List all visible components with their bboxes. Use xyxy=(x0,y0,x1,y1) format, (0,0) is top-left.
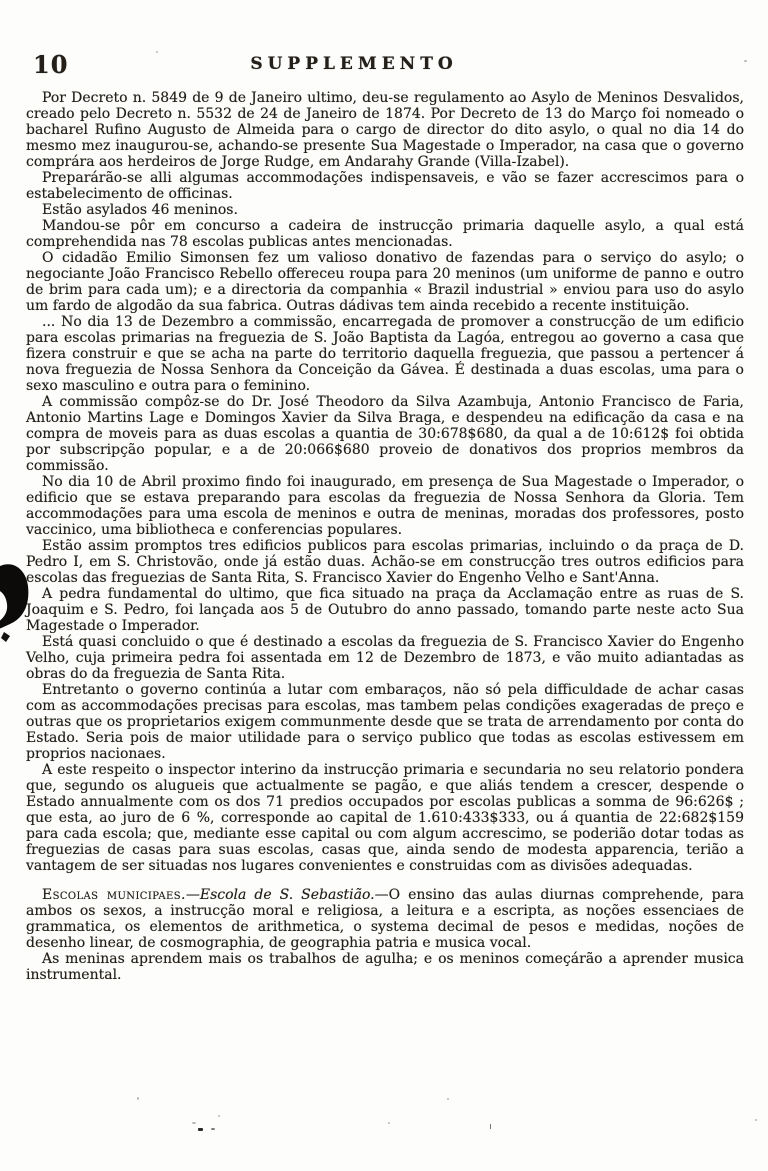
paragraph-pedra-fundamental: A pedra fundamental do ultimo, que fica … xyxy=(26,586,744,634)
scan-speck xyxy=(755,1119,757,1121)
paragraph-inauguracao-gloria: No dia 10 de Abril proximo findo foi ina… xyxy=(26,474,744,538)
paragraph-inspector-relatorio: A este respeito o inspector interino da … xyxy=(26,762,744,874)
paragraph-escolas-municipaes: Escolas municipaes.—Escola de S. Sebasti… xyxy=(26,887,744,951)
running-title: SUPPLEMENTO xyxy=(33,54,675,74)
ink-blot-artifact xyxy=(0,558,38,658)
em-dash: — xyxy=(186,887,200,903)
scan-speck xyxy=(490,1124,491,1129)
scan-speck xyxy=(198,1128,203,1131)
paragraph-embaracos: Entretanto o governo continúa a lutar co… xyxy=(26,682,744,762)
scan-speck xyxy=(156,51,158,53)
paragraph-donativos: O cidadão Emilio Simonsen fez um valioso… xyxy=(26,250,744,314)
scan-speck xyxy=(211,1128,215,1130)
paragraph-accommodacoes: Preparárão-se alli algumas accommodações… xyxy=(26,170,744,202)
school-name: Escola de S. Sebastião. xyxy=(200,887,375,903)
paragraph-commissao-membros: A commissão compôz-se do Dr. José Theodo… xyxy=(26,394,744,474)
page-header: 10 SUPPLEMENTO xyxy=(33,50,735,80)
paragraph-quasi-concluido: Está quasi concluido o que é destinado a… xyxy=(26,634,744,682)
text-body: Por Decreto n. 5849 de 9 de Janeiro ulti… xyxy=(26,90,744,983)
scanned-document-page: 10 SUPPLEMENTO Por Decreto n. 5849 de 9 … xyxy=(0,0,768,1171)
em-dash: — xyxy=(375,887,389,903)
paragraph-concurso: Mandou-se pôr em concurso a cadeira de i… xyxy=(26,218,744,250)
scan-speck xyxy=(137,1097,139,1100)
scan-speck xyxy=(218,1115,220,1117)
paragraph-commissao-lagoa: ... No dia 13 de Dezembro a commissão, e… xyxy=(26,314,744,394)
paragraph-asylados: Estão asylados 46 meninos. xyxy=(26,202,744,218)
paragraph-edificios-promptos: Estão assim promptos tres edificios publ… xyxy=(26,538,744,586)
paragraph-decreto-asylo: Por Decreto n. 5849 de 9 de Janeiro ulti… xyxy=(26,90,744,170)
paragraph-meninas-meninos: As meninas aprendem mais os trabalhos de… xyxy=(26,951,744,983)
scan-speck xyxy=(447,1098,449,1100)
scan-speck xyxy=(388,1122,390,1124)
scan-speck xyxy=(192,1122,196,1124)
scan-speck xyxy=(744,60,747,62)
section-heading-escolas-municipaes: Escolas municipaes. xyxy=(42,887,186,903)
